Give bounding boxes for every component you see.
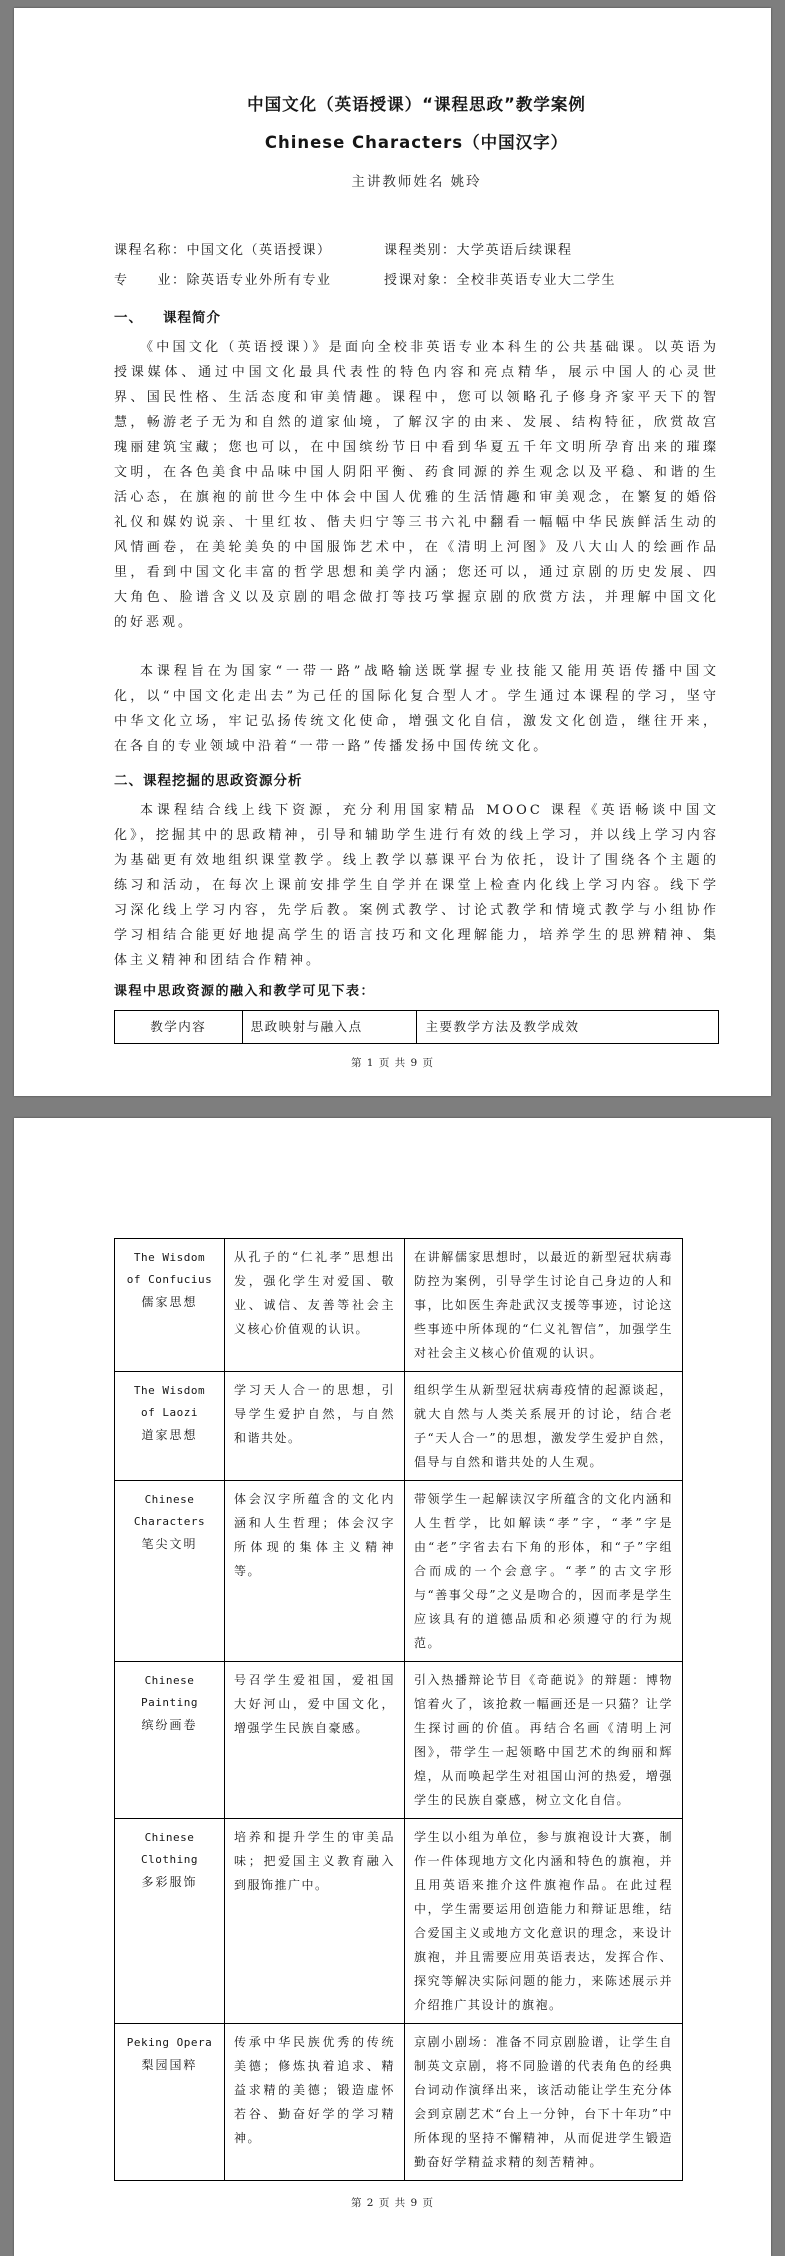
teaching-method-cell: 组织学生从新型冠状病毒疫情的起源谈起，就大自然与人类关系展开的讨论，结合老子“天… (404, 1371, 682, 1480)
topic-cell-clothing: Chinese Clothing 多彩服饰 (114, 1818, 224, 2023)
teaching-method-cell: 京剧小剧场：准备不同京剧脸谱，让学生自制英文京剧，将不同脸谱的代表角色的经典台词… (404, 2023, 682, 2180)
topic-zh: 儒家思想 (124, 1291, 215, 1313)
topic-cell-confucius: The Wisdom of Confucius 儒家思想 (114, 1238, 224, 1371)
section-1-number: 一、 (114, 310, 143, 326)
ideology-point-cell: 号召学生爱祖国，爱祖国大好河山，爱中国文化，增强学生民族自豪感。 (224, 1661, 404, 1818)
teaching-method-cell: 学生以小组为单位，参与旗袍设计大赛，制作一件体现地方文化内涵和特色的旗袍，并且用… (404, 1818, 682, 2023)
course-meta-row-2: 专 业：除英语专业外所有专业 授课对象：全校非英语专业大二学生 (114, 266, 719, 296)
topic-zh: 道家思想 (124, 1424, 215, 1446)
course-name-value: 中国文化（英语授课） (187, 243, 332, 258)
course-intro-paragraph-1: 《中国文化（英语授课）》是面向全校非英语专业本科生的公共基础课。以英语为授课媒体… (114, 335, 719, 635)
page-1-footer: 第 1 页 共 9 页 (14, 1055, 771, 1070)
topic-cell-characters: Chinese Characters 笔尖文明 (114, 1480, 224, 1661)
doc-title: 中国文化（英语授课）“课程思政”教学案例 (114, 94, 719, 116)
topic-en: The Wisdom of Laozi (124, 1380, 215, 1424)
topic-en: The Wisdom of Confucius (124, 1247, 215, 1291)
topic-en: Chinese Characters (124, 1489, 215, 1533)
audience-pair: 授课对象：全校非英语专业大二学生 (384, 266, 719, 296)
topic-en: Peking Opera (124, 2032, 215, 2054)
header-cell-teaching-method: 主要教学方法及教学成效 (416, 1011, 718, 1043)
topic-en: Chinese Clothing (124, 1827, 215, 1871)
topic-zh: 笔尖文明 (124, 1533, 215, 1555)
course-type-label: 课程类别： (384, 243, 457, 258)
table-intro-line: 课程中思政资源的融入和教学可见下表： (114, 979, 719, 1005)
topic-zh: 缤纷画卷 (124, 1714, 215, 1736)
ideology-table-header: 教学内容 思政映射与融入点 主要教学方法及教学成效 (114, 1010, 719, 1044)
audience-label: 授课对象： (384, 273, 457, 288)
teaching-method-cell: 在讲解儒家思想时，以最近的新型冠状病毒防控为案例，引导学生讨论自己身边的人和事，… (404, 1238, 682, 1371)
ideology-point-cell: 从孔子的“仁礼孝”思想出发，强化学生对爱国、敬业、诚信、友善等社会主义核心价值观… (224, 1238, 404, 1371)
section-heading-2: 二、课程挖掘的思政资源分析 (114, 769, 719, 794)
ideology-point-cell: 培养和提升学生的审美品味；把爱国主义教育融入到服饰推广中。 (224, 1818, 404, 2023)
course-intro-paragraph-2: 本课程旨在为国家“一带一路”战略输送既掌握专业技能又能用英语传播中国文化，以“中… (114, 659, 719, 759)
topic-cell-peking-opera: Peking Opera 梨园国粹 (114, 2023, 224, 2180)
teaching-method-cell: 带领学生一起解读汉字所蕴含的文化内涵和人生哲学，比如解读“孝”字，“孝”字是由“… (404, 1480, 682, 1661)
topic-zh: 梨园国粹 (124, 2054, 215, 2076)
course-type-value: 大学英语后续课程 (457, 243, 573, 258)
header-cell-teaching-content: 教学内容 (115, 1011, 242, 1043)
resource-analysis-paragraph: 本课程结合线上线下资源，充分利用国家精品 MOOC 课程《英语畅谈中国文化》，挖… (114, 798, 719, 973)
topic-zh: 多彩服饰 (124, 1871, 215, 1893)
course-meta-row-1: 课程名称：中国文化（英语授课） 课程类别：大学英语后续课程 (114, 236, 719, 266)
document-canvas: 中国文化（英语授课）“课程思政”教学案例 Chinese Characters（… (0, 0, 785, 2256)
topic-en: Chinese Painting (124, 1670, 215, 1714)
section-1-title: 课程简介 (163, 310, 221, 326)
topic-cell-laozi: The Wisdom of Laozi 道家思想 (114, 1371, 224, 1480)
major-value: 除英语专业外所有专业 (187, 273, 332, 288)
teacher-name-line: 主讲教师姓名 姚玲 (114, 170, 719, 190)
teaching-method-cell: 引入热播辩论节目《奇葩说》的辩题：博物馆着火了，该抢救一幅画还是一只猫？让学生探… (404, 1661, 682, 1818)
section-heading-1: 一、课程简介 (114, 306, 719, 331)
course-name-pair: 课程名称：中国文化（英语授课） (114, 236, 384, 266)
ideology-point-cell: 传承中华民族优秀的传统美德；修炼执着追求、精益求精的美德；锻造虚怀若谷、勤奋好学… (224, 2023, 404, 2180)
major-label: 专 业： (114, 273, 187, 288)
page-1: 中国文化（英语授课）“课程思政”教学案例 Chinese Characters（… (14, 8, 771, 1096)
header-cell-ideology-point: 思政映射与融入点 (242, 1011, 417, 1043)
page-2: The Wisdom of Confucius 儒家思想 从孔子的“仁礼孝”思想… (14, 1118, 771, 2256)
ideology-point-cell: 学习天人合一的思想，引导学生爱护自然，与自然和谐共处。 (224, 1371, 404, 1480)
audience-value: 全校非英语专业大二学生 (457, 273, 617, 288)
course-type-pair: 课程类别：大学英语后续课程 (384, 236, 719, 266)
topic-cell-painting: Chinese Painting 缤纷画卷 (114, 1661, 224, 1818)
major-pair: 专 业：除英语专业外所有专业 (114, 266, 384, 296)
ideology-point-cell: 体会汉字所蕴含的文化内涵和人生哲理；体会汉字所体现的集体主义精神等。 (224, 1480, 404, 1661)
doc-subtitle: Chinese Characters（中国汉字） (114, 132, 719, 154)
course-name-label: 课程名称： (114, 243, 187, 258)
page-2-footer: 第 2 页 共 9 页 (14, 2195, 771, 2210)
ideology-table-body: The Wisdom of Confucius 儒家思想 从孔子的“仁礼孝”思想… (114, 1238, 683, 2181)
